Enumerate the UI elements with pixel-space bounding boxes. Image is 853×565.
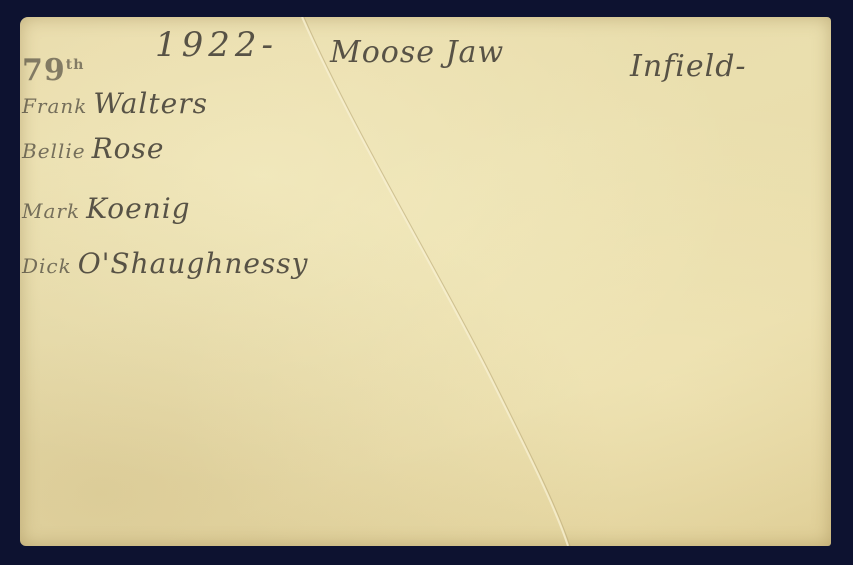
player-last-name: Rose — [92, 132, 165, 165]
location-inscription: Moose Jaw — [330, 35, 504, 70]
player-first-name: Mark — [22, 199, 80, 223]
player-last-name: Walters — [93, 87, 208, 120]
position-inscription: Infield- — [630, 49, 747, 84]
number-suffix: th — [66, 57, 85, 73]
player-first-name: Dick — [22, 254, 72, 278]
player-last-name: O'Shaughnessy — [78, 247, 309, 280]
player-name: BellieRose — [22, 132, 164, 165]
player-first-name: Frank — [22, 94, 87, 118]
player-first-name: Bellie — [22, 139, 86, 163]
player-name: MarkKoenig — [22, 192, 191, 225]
player-name: FrankWalters — [22, 87, 208, 120]
number-value: 79 — [22, 53, 66, 88]
number-inscription: 79th — [22, 53, 84, 88]
photo-card-back: 1922- Moose Jaw Infield- 79th FrankWalte… — [20, 17, 831, 546]
player-name: DickO'Shaughnessy — [22, 247, 308, 280]
year-inscription: 1922- — [155, 25, 278, 65]
player-last-name: Koenig — [86, 192, 191, 225]
